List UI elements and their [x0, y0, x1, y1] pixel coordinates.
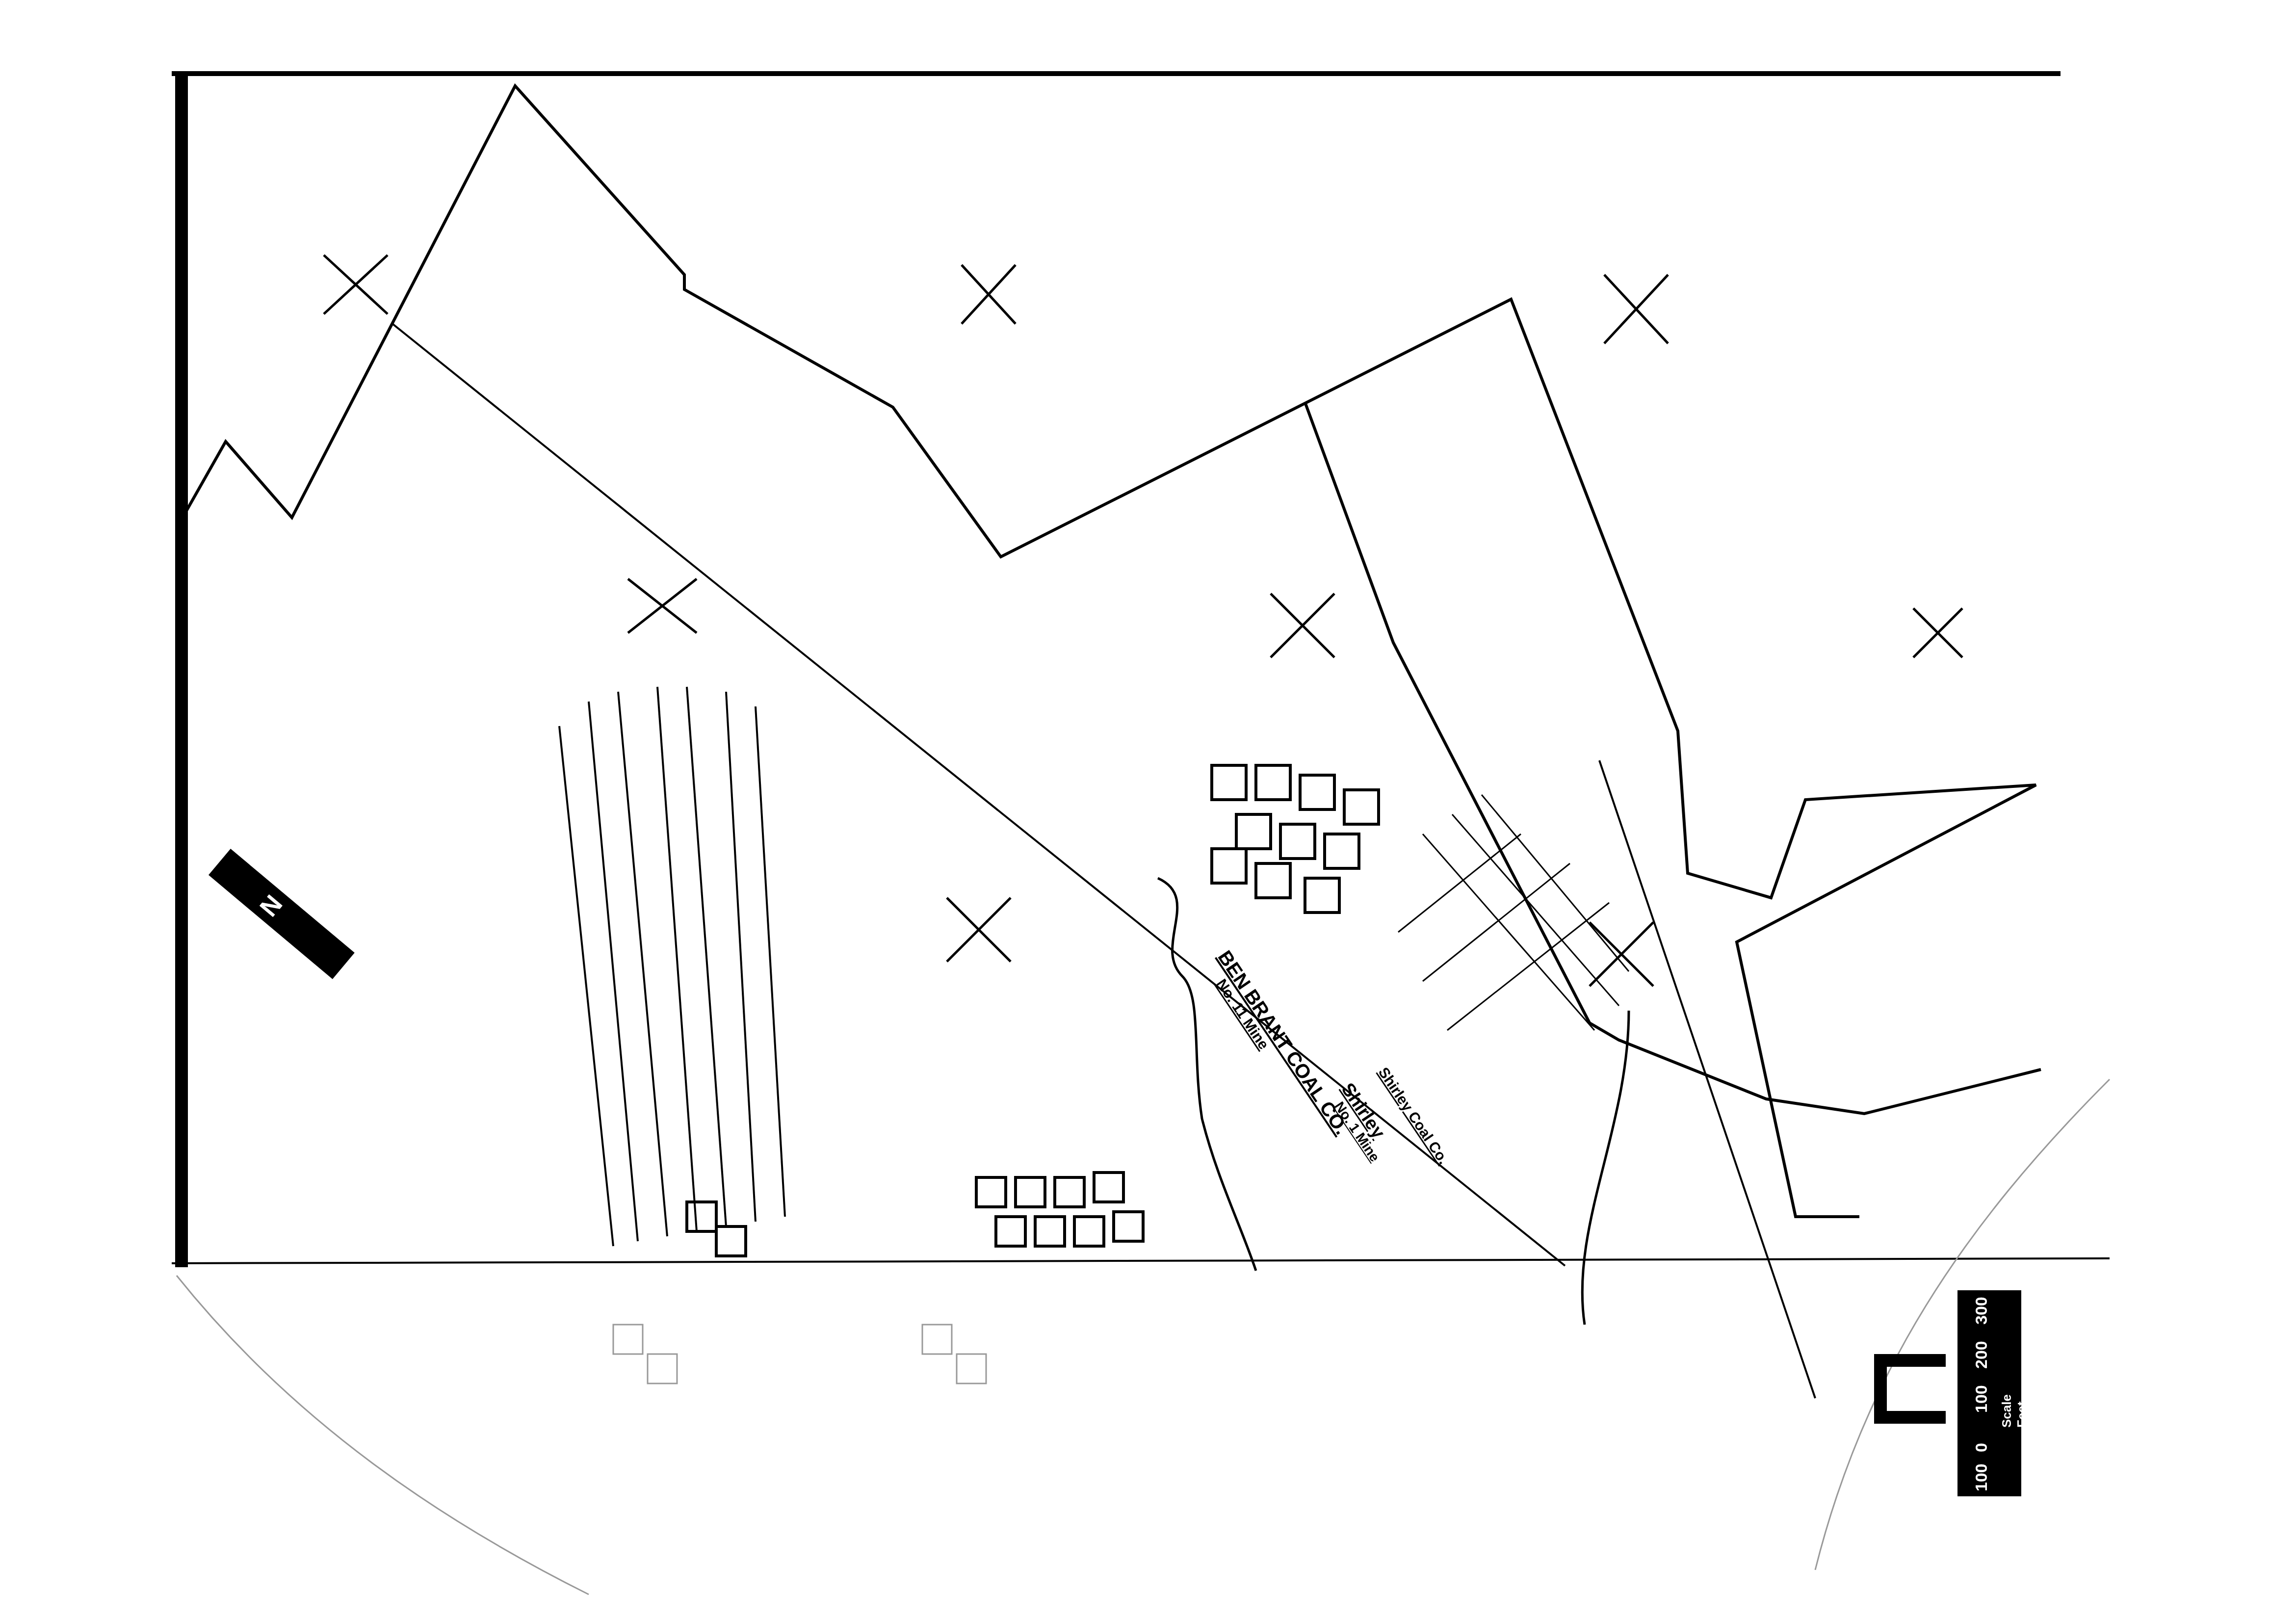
left-frame-edge — [177, 74, 186, 1266]
scale-tick-2: 100 — [1972, 1385, 1991, 1413]
north-arrow-label: N — [254, 889, 288, 922]
map-number-box: 1 — [1874, 1354, 1946, 1424]
scale-bar: 100 0 100 200 300 Scale Feet — [1957, 1290, 2021, 1496]
section-cross-markers — [324, 255, 1962, 986]
scale-tick-0: 100 — [1972, 1463, 1991, 1491]
property-boundary-inner — [1305, 402, 2041, 1114]
grid-workings — [1398, 795, 1629, 1030]
scale-tick-1: 0 — [1972, 1443, 1991, 1452]
mine-entries — [559, 687, 785, 1246]
diagonal-survey-line — [392, 324, 1565, 1266]
scale-tick-4: 300 — [1972, 1297, 1991, 1325]
stream-line — [1158, 878, 1256, 1271]
map-linework — [0, 0, 2296, 1617]
faded-lower-sheet — [177, 1079, 2110, 1594]
scale-tick-3: 200 — [1972, 1341, 1991, 1369]
property-boundary — [184, 86, 2036, 1217]
scale-title: Scale Feet — [1999, 1394, 2030, 1428]
sheet-join-line — [172, 1258, 2110, 1263]
stream-line-east — [1582, 1011, 1629, 1325]
